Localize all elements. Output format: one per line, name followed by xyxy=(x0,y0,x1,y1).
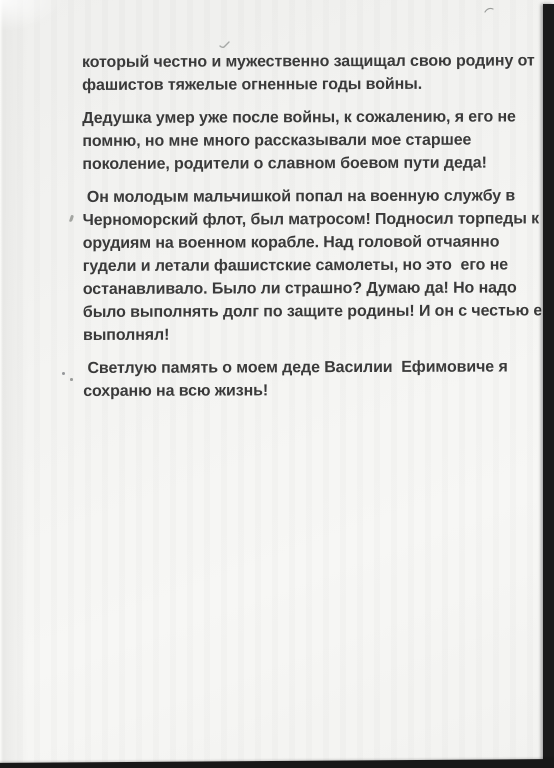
text-line: выполнял! xyxy=(83,322,535,347)
text-line: Черноморский флот, был матросом! Подноси… xyxy=(83,207,535,232)
text-line: помню, но мне много рассказывали мое ста… xyxy=(82,128,534,153)
paragraph-1: который честно и мужественно защищал сво… xyxy=(82,49,534,97)
paragraph-4: Светлую память о моем деде Василии Ефимо… xyxy=(83,355,535,403)
text-line: орудиям на военном корабле. Над головой … xyxy=(83,230,535,255)
scan-speck-tick xyxy=(219,36,231,54)
scan-speck-dot xyxy=(70,378,73,381)
text-line: Он молодым мальчишкой попал на военную с… xyxy=(82,184,534,209)
text-line: фашистов тяжелые огненные годы войны. xyxy=(82,72,534,97)
paragraph-2: Дедушка умер уже после войны, к сожалени… xyxy=(82,105,534,176)
essay-text: который честно и мужественно защищал сво… xyxy=(82,49,535,413)
text-line: останавливало. Было ли страшно? Думаю да… xyxy=(83,276,535,301)
text-line: который честно и мужественно защищал сво… xyxy=(82,49,534,74)
text-line: гудели и летали фашистские самолеты, но … xyxy=(83,253,535,278)
text-line: Дедушка умер уже после войны, к сожалени… xyxy=(82,105,534,130)
scan-speck-curl xyxy=(484,1,494,19)
paragraph-3: Он молодым мальчишкой попал на военную с… xyxy=(82,184,535,347)
scan-speck-comma xyxy=(69,215,74,223)
text-line: сохраню на всю жизнь! xyxy=(83,378,535,403)
scanned-page: который честно и мужественно защищал сво… xyxy=(0,0,554,768)
text-line: Светлую память о моем деде Василии Ефимо… xyxy=(83,355,535,380)
text-line: было выполнять долг по защите родины! И … xyxy=(83,299,535,324)
text-line: поколение, родители о славном боевом пут… xyxy=(82,151,534,176)
scan-speck-dot xyxy=(62,372,65,375)
scan-edge-bottom xyxy=(0,759,554,768)
scan-edge-right xyxy=(543,4,554,768)
